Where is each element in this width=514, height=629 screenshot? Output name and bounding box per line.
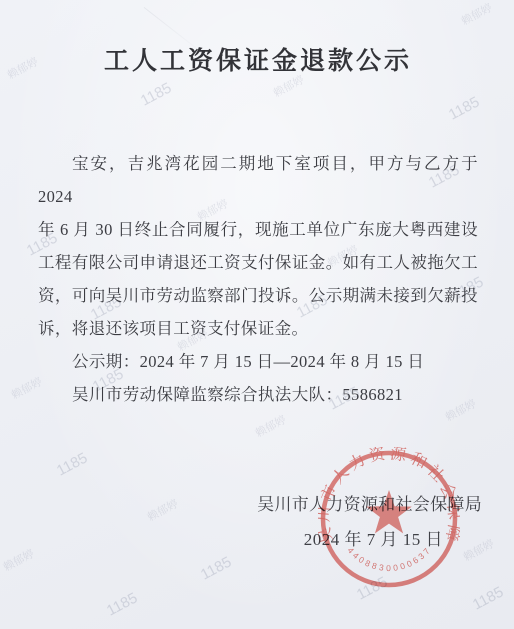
body-line: 资，可向吴川市劳动监察部门投诉。公示期满未接到欠薪投: [38, 279, 478, 312]
body-line: 工程有限公司申请退还工资支付保证金。如有工人被拖欠工: [38, 246, 478, 279]
scanned-notice-page: 赖郁婷1185赖郁婷1185赖郁婷1185赖郁婷1185赖郁婷11851185赖…: [0, 0, 514, 629]
body-paragraph: 宝安，吉兆湾花园二期地下室项目，甲方与乙方于 2024 年 6 月 30 日终止…: [38, 147, 478, 411]
body-line: 诉，将退还该项目工资支付保证金。: [38, 312, 478, 345]
seal-star-icon: [366, 490, 412, 533]
seal-number-text: 4408830000637: [346, 545, 433, 573]
svg-text:4408830000637: 4408830000637: [346, 545, 433, 573]
body-line: 宝安，吉兆湾花园二期地下室项目，甲方与乙方于 2024: [38, 147, 478, 213]
body-line: 年 6 月 30 日终止合同履行，现施工单位广东庞大粤西建设: [38, 213, 478, 246]
page-title: 工人工资保证金退款公示: [38, 0, 478, 78]
contact-line: 吴川市劳动保障监察综合执法大队：5586821: [38, 378, 478, 411]
official-seal: 吴川市人力资源和社会保障局 4408830000637: [318, 447, 460, 591]
notice-period-line: 公示期：2024 年 7 月 15 日—2024 年 8 月 15 日: [38, 345, 478, 378]
